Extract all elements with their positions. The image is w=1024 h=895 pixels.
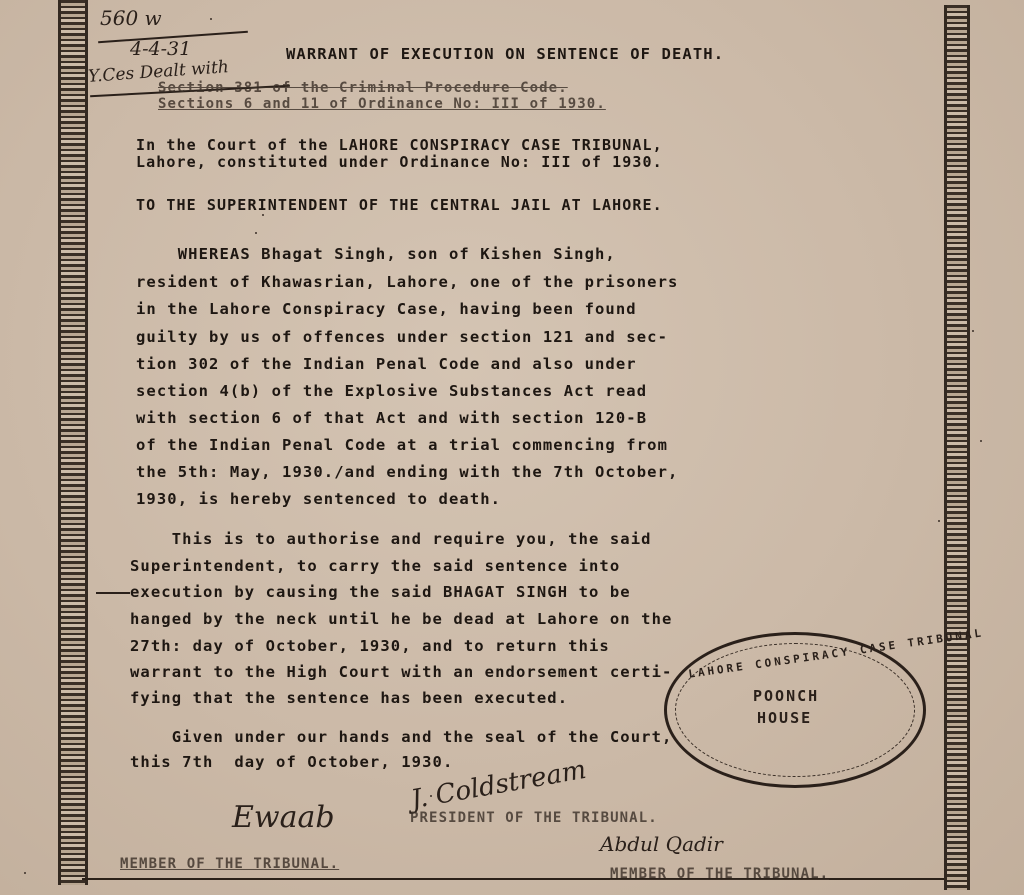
scan-speck [430,795,432,797]
paragraph-line: this 7th day of October, 1930. [130,753,453,771]
paragraph-line: of the Indian Penal Code at a trial comm… [136,436,668,454]
member-right-signature: Abdul Qadir [600,832,723,856]
statute-line: Sections 6 and 11 of Ordinance No: III o… [158,96,606,112]
addressee-line: TO THE SUPERINTENDENT OF THE CENTRAL JAI… [136,196,663,214]
paragraph-line: 1930, is hereby sentenced to death. [136,490,501,508]
document-title: WARRANT OF EXECUTION ON SENTENCE OF DEAT… [286,45,724,63]
tribunal-seal: LAHORE CONSPIRACY CASE TRIBUNAL POONCH H… [664,632,926,788]
paragraph-line: resident of Khawasrian, Lahore, one of t… [136,273,678,291]
scan-speck [938,520,940,522]
handwritten-reference: 560 w [100,6,162,30]
paragraph-line: the 5th: May, 1930./and ending with the … [136,463,678,481]
handwritten-date: 4-4-31 [130,38,191,60]
paragraph-line: 27th: day of October, 1930, and to retur… [130,637,610,655]
ornamental-border-left [58,0,88,885]
ornamental-border-right [944,5,970,890]
scan-speck [210,18,212,20]
seal-center-line-1: POONCH [753,687,819,705]
scan-speck [24,872,26,874]
paragraph-line: hanged by the neck until he be dead at L… [130,610,672,628]
paragraph-line: guilty by us of offences under section 1… [136,328,668,346]
scan-speck [262,214,264,216]
paragraph-line: execution by causing the said BHAGAT SIN… [130,583,631,601]
paragraph-line: Given under our hands and the seal of th… [130,728,672,746]
paragraph-line: with section 6 of that Act and with sect… [136,409,647,427]
member-left-label: MEMBER OF THE TRIBUNAL. [120,856,339,872]
scan-speck [255,232,257,234]
seal-center-line-2: HOUSE [757,709,812,727]
paragraph-line: tion 302 of the Indian Penal Code and al… [136,355,637,373]
court-line-1: In the Court of the LAHORE CONSPIRACY CA… [136,136,663,154]
paragraph-line: warrant to the High Court with an endors… [130,663,672,681]
struck-statute-line: Section 381 of the Criminal Procedure Co… [158,80,568,96]
member-right-label: MEMBER OF THE TRIBUNAL. [610,866,829,882]
paragraph-line: WHEREAS Bhagat Singh, son of Kishen Sing… [136,245,616,263]
president-label: PRESIDENT OF THE TRIBUNAL. [410,810,658,826]
court-line-2: Lahore, constituted under Ordinance No: … [136,153,663,171]
paragraph-line: in the Lahore Conspiracy Case, having be… [136,300,637,318]
scanned-warrant-page: 560 w 4-4-31 Y.Ces Dealt with WARRANT OF… [0,0,1024,895]
paragraph-line: Superintendent, to carry the said senten… [130,557,620,575]
margin-mark [96,592,130,594]
scan-speck [972,330,974,332]
paragraph-line: fying that the sentence has been execute… [130,689,568,707]
paragraph-line: This is to authorise and require you, th… [130,530,652,548]
paragraph-line: section 4(b) of the Explosive Substances… [136,382,647,400]
scan-speck [968,600,970,602]
member-left-signature: Ewaab [232,800,335,835]
scan-speck [980,440,982,442]
